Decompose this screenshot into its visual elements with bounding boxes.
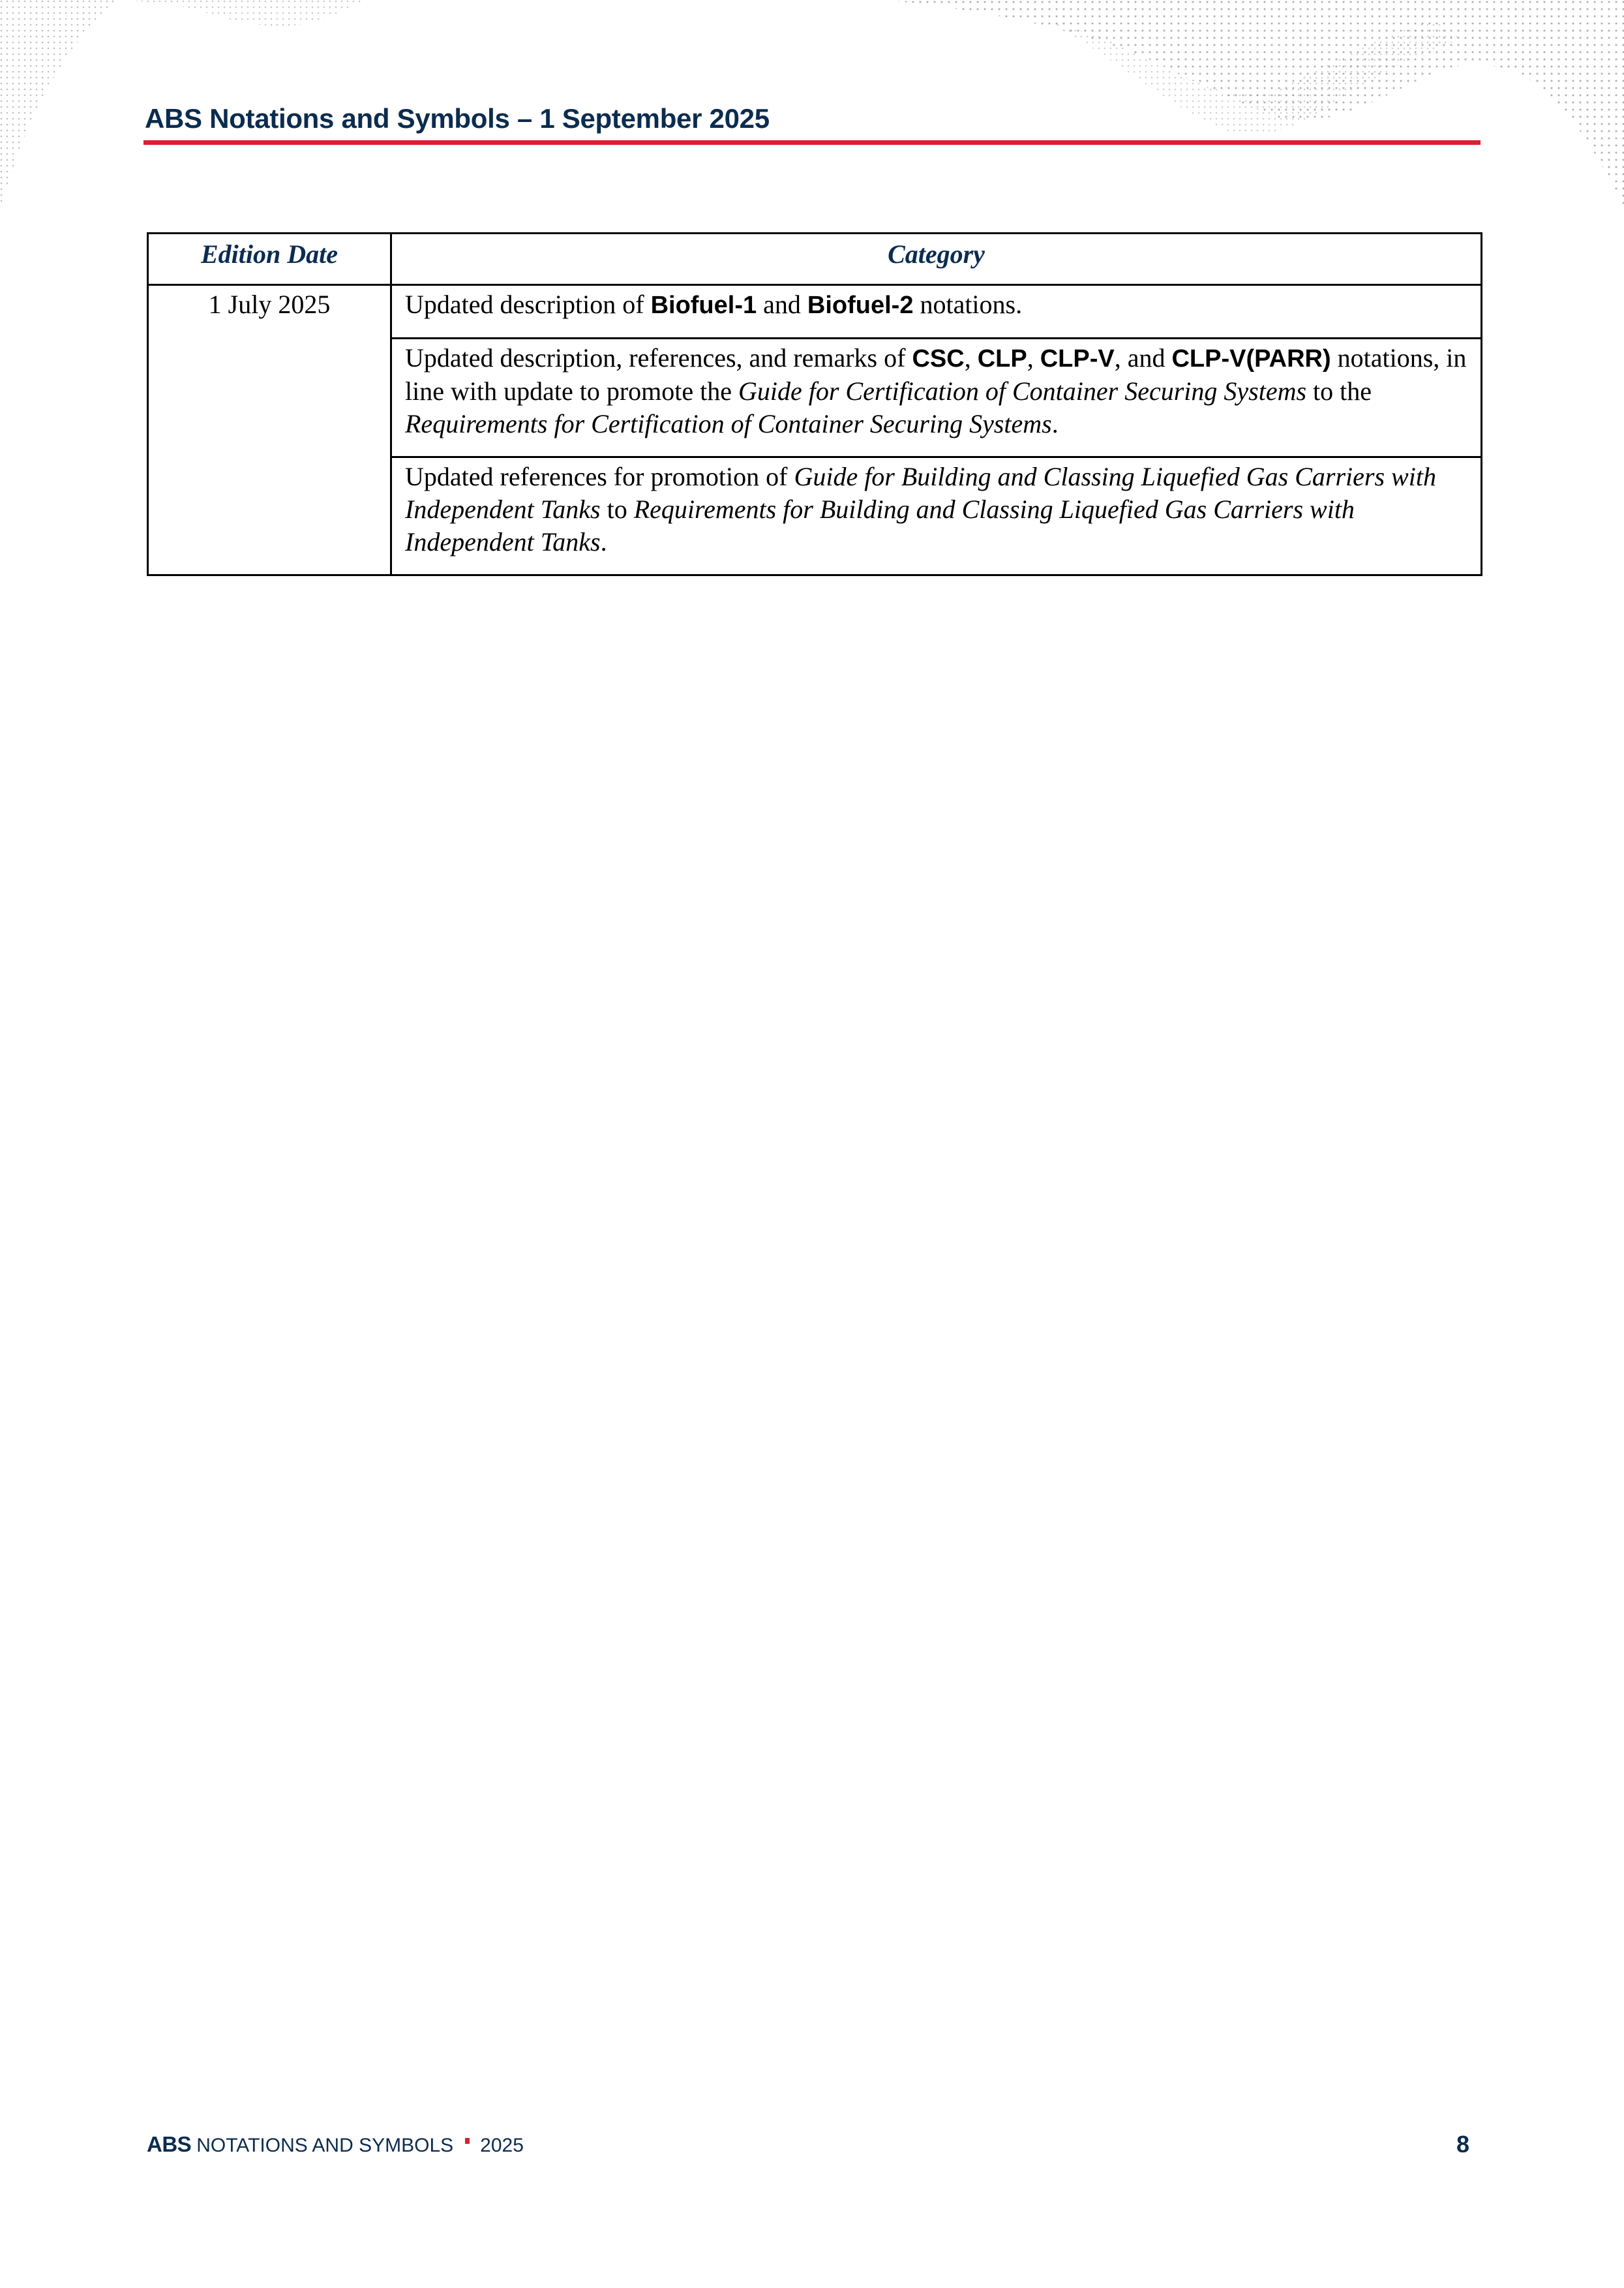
entry-text: notations. [913, 290, 1022, 319]
entry-text: Updated description, references, and rem… [405, 343, 912, 373]
column-header-edition-date: Edition Date [148, 234, 391, 285]
category-entry: Updated description of Biofuel-1 and Bio… [391, 285, 1482, 339]
entry-text: to the [1306, 376, 1372, 406]
page-footer: ABS NOTATIONS AND SYMBOLS 2025 [147, 2132, 524, 2157]
entry-text: , [965, 343, 978, 373]
entry-text: . [1052, 409, 1059, 438]
notation-biofuel-1: Biofuel-1 [651, 292, 757, 319]
table-header-row: Edition Date Category [148, 234, 1482, 285]
footer-year: 2025 [480, 2135, 524, 2157]
entry-text: . [601, 527, 607, 557]
notation-biofuel-2: Biofuel-2 [807, 292, 914, 319]
page-title: ABS Notations and Symbols – 1 September … [145, 103, 770, 134]
entry-text: Updated references for promotion of [405, 462, 794, 491]
entry-text: , [1027, 343, 1040, 373]
entry-text: to [601, 495, 634, 524]
entry-text: and [757, 290, 807, 319]
document-reference: Guide for Certification of Container Sec… [738, 376, 1306, 406]
header-divider [143, 140, 1481, 145]
entry-text: Updated description of [405, 290, 651, 319]
notation-clp-v: CLP-V [1040, 345, 1115, 373]
footer-brand-logo: ABS [147, 2132, 191, 2157]
column-header-category: Category [391, 234, 1482, 285]
notation-clp: CLP [978, 345, 1027, 373]
footer-separator-icon [465, 2138, 470, 2144]
notation-csc: CSC [912, 345, 964, 373]
page-number: 8 [1456, 2131, 1469, 2158]
entry-text: , and [1115, 343, 1172, 373]
edition-date-cell: 1 July 2025 [148, 285, 391, 575]
revision-history-table: Edition Date Category 1 July 2025 Update… [147, 232, 1482, 576]
table-row: 1 July 2025 Updated description of Biofu… [148, 285, 1482, 339]
notation-clp-v-parr: CLP-V(PARR) [1171, 345, 1331, 373]
category-entry: Updated references for promotion of Guid… [391, 457, 1482, 575]
category-entry: Updated description, references, and rem… [391, 339, 1482, 457]
footer-publication-title: NOTATIONS AND SYMBOLS [196, 2135, 453, 2157]
document-reference: Requirements for Certification of Contai… [405, 409, 1052, 438]
